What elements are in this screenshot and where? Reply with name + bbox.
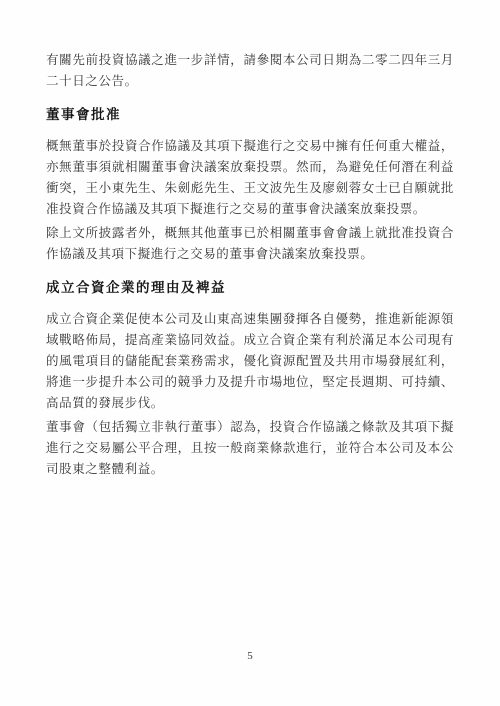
paragraph-board-abstain: 概無董事於投資合作協議及其項下擬進行之交易中擁有任何重大權益，亦無董事須就相關董… <box>46 136 454 220</box>
paragraph-save-disclosed: 除上文所披露者外，概無其他董事已於相關董事會會議上就批准投資合作協議及其項下擬進… <box>46 223 454 265</box>
page-number: 5 <box>0 650 500 662</box>
paragraph-board-opinion: 董事會（包括獨立非執行董事）認為，投資合作協議之條款及其項下擬進行之交易屬公平合… <box>46 417 454 480</box>
section-heading-reasons-benefits: 成立合資企業的理由及裨益 <box>46 279 454 297</box>
section-heading-board-approval: 董事會批准 <box>46 106 454 124</box>
announcement-page: 有關先前投資協議之進一步詳情，請參閱本公司日期為二零二四年三月二十日之公告。 董… <box>0 0 500 706</box>
paragraph-jv-rationale: 成立合資企業促使本公司及山東高速集團發揮各自優勢，推進新能源領域戰略佈局，提高產… <box>46 309 454 414</box>
paragraph-prior-agreement: 有關先前投資協議之進一步詳情，請參閱本公司日期為二零二四年三月二十日之公告。 <box>46 50 454 92</box>
